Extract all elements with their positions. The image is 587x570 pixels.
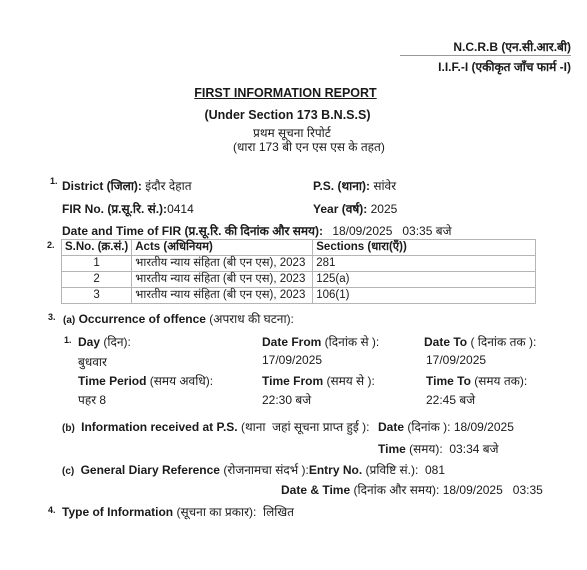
section-3-number: 3. (48, 312, 56, 322)
date-from-label-field: Date From (दिनांक से ): (262, 333, 379, 350)
row-section: 281 (313, 256, 536, 272)
table-row: 3 भारतीय न्याय संहिता (बी एन एस), 2023 1… (62, 288, 536, 304)
info-date-label-hi: (दिनांक ): (404, 420, 450, 434)
info-date-label: Date (378, 420, 404, 434)
info-time-label-hi: (समय): (406, 442, 443, 456)
gd-datetime-label: Date & Time (281, 483, 350, 497)
section-1-number: 1. (50, 176, 58, 186)
date-to-label-hi: ( दिनांक तक ): (467, 335, 536, 349)
info-received-label-hi: (थाना जहां सूचना प्राप्त हुई ): (238, 420, 370, 434)
day-label: Day (78, 335, 100, 349)
entry-number-label: Entry No. (309, 463, 362, 477)
table-row: 1 भारतीय न्याय संहिता (बी एन एस), 2023 2… (62, 256, 536, 272)
time-to-label: Time To (426, 374, 471, 388)
information-type-value: लिखित (256, 505, 294, 519)
info-date-value: 18/09/2025 (450, 420, 513, 434)
information-type-label-hi: (सूचना का प्रकार): (173, 505, 256, 519)
column-header-acts: Acts (अधिनियम) (132, 240, 313, 256)
subsection-b-label: (b) (62, 423, 75, 434)
column-header-sections: Sections (धारा(एँ)) (313, 240, 536, 256)
day-value: बुधवार (78, 353, 107, 370)
general-diary-label: General Diary Reference (81, 463, 220, 477)
year-value: 2025 (367, 202, 397, 216)
time-from-value: 22:30 बजे (262, 391, 311, 408)
info-received-field: (b) Information received at P.S. (थाना ज… (62, 418, 369, 435)
time-from-label-hi: (समय से ): (323, 374, 375, 388)
year-field: Year (वर्ष): 2025 (313, 200, 397, 217)
section-4-number: 4. (48, 505, 56, 515)
year-label: Year (वर्ष): (313, 202, 367, 216)
fir-datetime-value: 18/09/2025 03:35 बजे (332, 224, 451, 238)
row-section: 106(1) (313, 288, 536, 304)
subsection-c-label: (c) (62, 466, 74, 477)
fir-datetime-label: Date and Time of FIR (प्र.सू.रि. की दिना… (62, 224, 323, 238)
subsection-a-label: (a) (63, 315, 75, 326)
time-to-label-hi: (समय तक): (471, 374, 527, 388)
time-period-label: Time Period (78, 374, 146, 388)
time-period-value: पहर 8 (78, 391, 106, 408)
time-to-value: 22:45 बजे (426, 391, 475, 408)
row-sno: 3 (62, 288, 132, 304)
police-station-label: P.S. (थाना): (313, 179, 370, 193)
ncrb-heading: N.C.R.B (एन.सी.आर.बी) (453, 38, 571, 55)
row-sno: 1 (62, 256, 132, 272)
info-received-label: Information received at P.S. (81, 420, 238, 434)
header-divider (400, 55, 571, 56)
report-subtitle-hi-section: (धारा 173 बी एन एस एस के तहत) (233, 138, 385, 155)
date-from-label: Date From (262, 335, 321, 349)
table-row: 2 भारतीय न्याय संहिता (बी एन एस), 2023 1… (62, 272, 536, 288)
section-2-number: 2. (47, 240, 55, 250)
district-field: District (जिला): इंदौर देहात (62, 177, 192, 194)
date-from-label-hi: (दिनांक से ): (321, 335, 379, 349)
information-type-field: Type of Information (सूचना का प्रकार): ल… (62, 503, 294, 520)
report-title: FIRST INFORMATION REPORT (0, 86, 579, 100)
entry-number-label-hi: (प्रविष्टि सं.): (362, 463, 418, 477)
info-date-field: Date (दिनांक ): 18/09/2025 (378, 418, 514, 435)
gd-datetime-label-hi: (दिनांक और समय): (350, 483, 439, 497)
fir-number-value: 0414 (167, 202, 194, 216)
row-section: 125(a) (313, 272, 536, 288)
police-station-value: सांवेर (370, 179, 396, 193)
time-to-label-field: Time To (समय तक): (426, 372, 527, 389)
occurrence-item-number: 1. (64, 335, 72, 345)
time-period-label-field: Time Period (समय अवधि): (78, 372, 213, 389)
report-title-text: FIRST INFORMATION REPORT (194, 86, 376, 100)
day-label-hi: (दिन): (100, 335, 131, 349)
info-time-label: Time (378, 442, 406, 456)
time-period-label-hi: (समय अवधि): (146, 374, 213, 388)
general-diary-field: (c) General Diary Reference (रोजनामचा सं… (62, 461, 445, 478)
information-type-label: Type of Information (62, 505, 173, 519)
fir-number-label: FIR No. (प्र.सू.रि. सं.): (62, 202, 167, 216)
row-act: भारतीय न्याय संहिता (बी एन एस), 2023 (132, 256, 313, 272)
district-label: District (जिला): (62, 179, 142, 193)
occurrence-label: Occurrence of offence (79, 312, 206, 326)
date-from-value: 17/09/2025 (262, 353, 322, 367)
report-subtitle-en: (Under Section 173 B.N.S.S) (0, 108, 581, 122)
fir-number-field: FIR No. (प्र.सू.रि. सं.):0414 (62, 200, 194, 217)
entry-number-value: 081 (418, 463, 445, 477)
district-value: इंदौर देहात (142, 179, 192, 193)
table-header-row: S.No. (क्र.सं.) Acts (अधिनियम) Sections … (62, 240, 536, 256)
occurrence-heading: (a) Occurrence of offence (अपराध की घटना… (63, 310, 294, 327)
row-sno: 2 (62, 272, 132, 288)
date-to-label: Date To (424, 335, 467, 349)
date-to-value: 17/09/2025 (426, 353, 486, 367)
fir-datetime-field: Date and Time of FIR (प्र.सू.रि. की दिना… (62, 222, 452, 239)
gd-datetime-value: 18/09/2025 03:35 (439, 483, 542, 497)
info-time-value: 03:34 बजे (443, 442, 499, 456)
gd-datetime-field: Date & Time (दिनांक और समय): 18/09/2025 … (281, 481, 543, 498)
column-header-sno: S.No. (क्र.सं.) (62, 240, 132, 256)
acts-sections-table: S.No. (क्र.सं.) Acts (अधिनियम) Sections … (61, 239, 536, 304)
row-act: भारतीय न्याय संहिता (बी एन एस), 2023 (132, 272, 313, 288)
general-diary-label-hi: (रोजनामचा संदर्भ ): (220, 463, 309, 477)
occurrence-label-hi: (अपराध की घटना): (206, 312, 294, 326)
time-from-label: Time From (262, 374, 323, 388)
row-act: भारतीय न्याय संहिता (बी एन एस), 2023 (132, 288, 313, 304)
date-to-label-field: Date To ( दिनांक तक ): (424, 333, 536, 350)
iif-heading: I.I.F.-I (एकीकृत जाँच फार्म -I) (438, 58, 571, 75)
police-station-field: P.S. (थाना): सांवेर (313, 177, 396, 194)
time-from-label-field: Time From (समय से ): (262, 372, 375, 389)
info-time-field: Time (समय): 03:34 बजे (378, 440, 499, 457)
day-label-field: Day (दिन): (78, 333, 131, 350)
